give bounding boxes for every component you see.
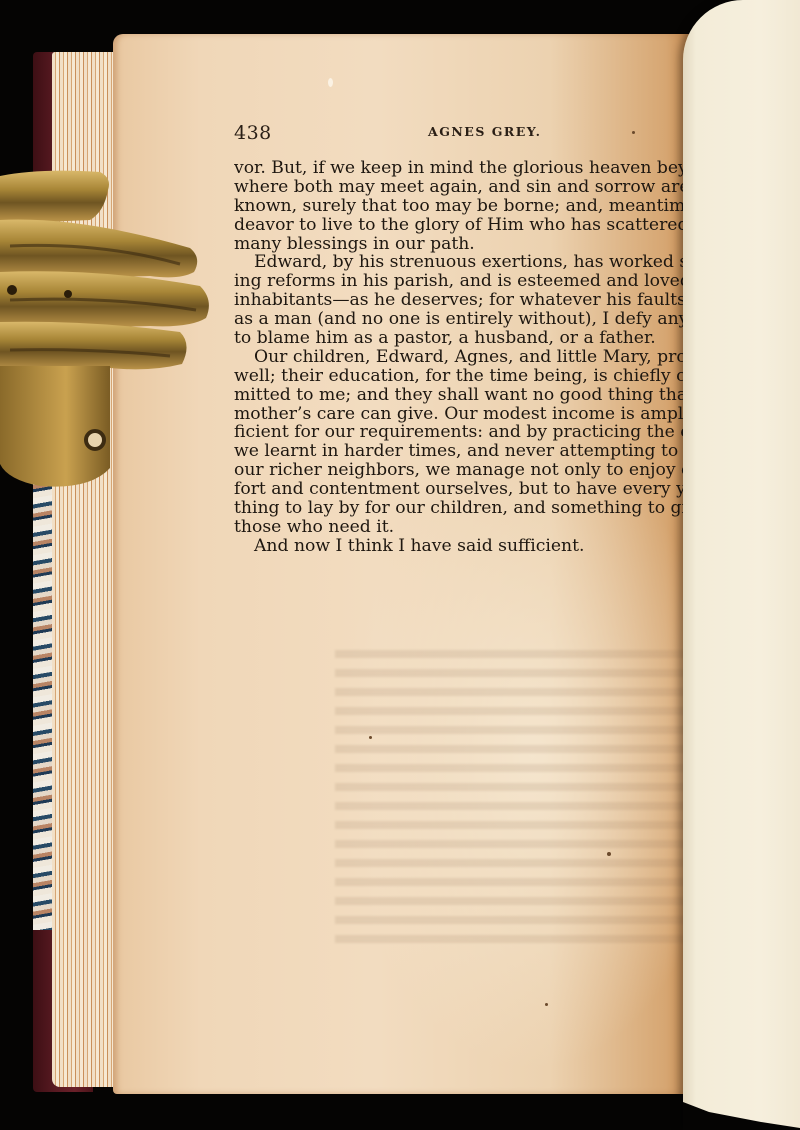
book-title: AGNES GREY. [428, 124, 541, 139]
text-line: mother’s care can give. Our modest incom… [234, 405, 704, 424]
page-spot [545, 1003, 548, 1006]
page-spot [607, 852, 611, 856]
page-spot [328, 78, 333, 87]
text-line: thing to lay by for our children, and so… [234, 499, 704, 518]
right-blank-page [683, 0, 800, 1130]
paragraph-start-line: Our children, Edward, Agnes, and little … [234, 348, 704, 367]
body-text: vor. But, if we keep in mind the gloriou… [234, 159, 704, 556]
paragraph-start-line: And now I think I have said sufficient. [234, 537, 704, 556]
text-line: inhabitants—as he deserves; for whatever… [234, 291, 704, 310]
book-photo: 438 AGNES GREY. vor. But, if we keep in … [0, 0, 800, 1130]
text-line: we learnt in harder times, and never att… [234, 442, 704, 461]
text-line: to blame him as a pastor, a husband, or … [234, 329, 704, 348]
text-line: mitted to me; and they shall want no goo… [234, 386, 704, 405]
text-line: those who need it. [234, 518, 704, 537]
text-line: many blessings in our path. [234, 235, 704, 254]
text-line: well; their education, for the time bein… [234, 367, 704, 386]
brass-hand-clip-icon [0, 168, 215, 493]
text-line: ficient for our requirements: and by pra… [234, 423, 704, 442]
page-number: 438 [234, 122, 272, 144]
text-line: fort and contentment ourselves, but to h… [234, 480, 704, 499]
paragraph-start-line: Edward, by his strenuous exertions, has … [234, 253, 704, 272]
text-line: known, surely that too may be borne; and… [234, 197, 704, 216]
text-line: as a man (and no one is entirely without… [234, 310, 704, 329]
text-line: deavor to live to the glory of Him who h… [234, 216, 704, 235]
text-line: ing reforms in his parish, and is esteem… [234, 272, 704, 291]
running-head: 438 AGNES GREY. [234, 122, 694, 144]
text-line: where both may meet again, and sin and s… [234, 178, 704, 197]
text-line: vor. But, if we keep in mind the gloriou… [234, 159, 704, 178]
show-through-text [335, 650, 685, 950]
text-line: our richer neighbors, we manage not only… [234, 461, 704, 480]
page-spot [369, 736, 372, 739]
